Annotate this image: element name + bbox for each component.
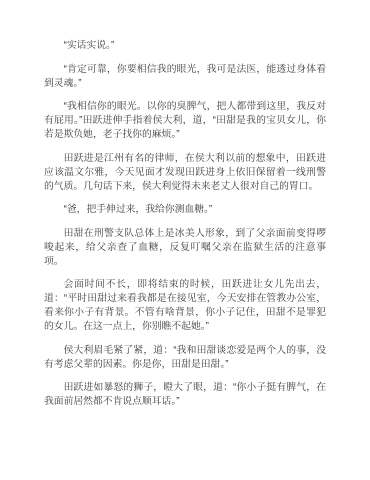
paragraph: 田甜在刑警支队总体上是冰美人形象，到了父亲面前变得啰唆起来，给父亲查了血糖，反复… (44, 227, 326, 269)
paragraph: 田跃进如暴怒的狮子，瞪大了眼，道：“你小子挺有脾气，在我面前居然都不肯说点顺耳话… (44, 381, 326, 409)
book-page: “实话实说。” “肯定可靠，你要相信我的眼光，我可是法医，能透过身体看到灵魂。”… (0, 0, 370, 480)
paragraph: 田跃进是江州有名的律师，在侯大利以前的想象中，田跃进应该温文尔雅，今天见面才发现… (44, 152, 326, 194)
paragraph: “肯定可靠，你要相信我的眼光，我可是法医，能透过身体看到灵魂。” (44, 63, 326, 91)
paragraph: “我相信你的眼光。以你的臭脾气，把人都带到这里，我反对有屁用。”田跃进伸手指着侯… (44, 100, 326, 142)
paragraph: 会面时间不长，即将结束的时候，田跃进让女儿先出去，道：“平时田甜过来看我都是在接… (44, 278, 326, 334)
paragraph: 侯大利眉毛紧了紧，道：“我和田甜谈恋爱是两个人的事，没有考虑父辈的因素。你是你，… (44, 344, 326, 372)
page-text-block: “实话实说。” “肯定可靠，你要相信我的眼光，我可是法医，能透过身体看到灵魂。”… (44, 39, 326, 419)
paragraph: “实话实说。” (44, 39, 326, 53)
paragraph: “爸，把手伸过来，我给你测血糖。” (44, 203, 326, 217)
